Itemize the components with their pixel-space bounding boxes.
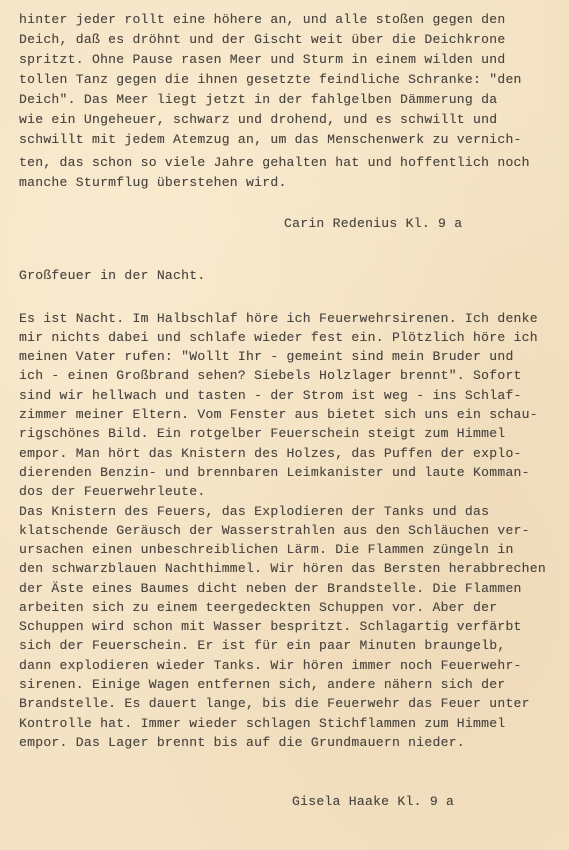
- text-line: sind wir hellwach und tasten - der Strom…: [19, 388, 522, 404]
- text-line: ten, das schon so viele Jahre gehalten h…: [19, 155, 530, 171]
- text-line: Brandstelle. Es dauert lange, bis die Fe…: [19, 696, 530, 712]
- text-line: arbeiten sich zu einem teergedeckten Sch…: [19, 600, 497, 616]
- text-line: Es ist Nacht. Im Halbschlaf höre ich Feu…: [19, 311, 538, 327]
- text-line: empor. Man hört das Knistern des Holzes,…: [19, 446, 522, 462]
- text-line: schwillt mit jedem Atemzug an, um das Me…: [19, 132, 522, 148]
- text-line: Das Knistern des Feuers, das Explodieren…: [19, 504, 489, 520]
- text-line: ich - einen Großbrand sehen? Siebels Hol…: [19, 368, 522, 384]
- text-line: tollen Tanz gegen die ihnen gesetzte fei…: [19, 72, 522, 88]
- text-line: sirenen. Einige Wagen entfernen sich, an…: [19, 677, 505, 693]
- text-line: Schuppen wird schon mit Wasser bespritzt…: [19, 619, 522, 635]
- text-line: dos der Feuerwehrleute.: [19, 484, 205, 500]
- essay-2-signature: Gisela Haake Kl. 9 a: [292, 794, 454, 810]
- text-line: dierenden Benzin- und brennbaren Leimkan…: [19, 465, 530, 481]
- text-line: rigschönes Bild. Ein rotgelber Feuersche…: [19, 426, 505, 442]
- text-line: der Äste eines Baumes dicht neben der Br…: [19, 581, 522, 597]
- text-line: manche Sturmflug überstehen wird.: [19, 175, 287, 191]
- text-line: mir nichts dabei und schlafe wieder fest…: [19, 330, 538, 346]
- text-line: den schwarzblauen Nachthimmel. Wir hören…: [19, 561, 546, 577]
- text-line: empor. Das Lager brennt bis auf die Grun…: [19, 735, 465, 751]
- text-line: klatschende Geräusch der Wasserstrahlen …: [19, 523, 530, 539]
- typewritten-page: hinter jeder rollt eine höhere an, und a…: [0, 0, 569, 850]
- text-line: Deich, daß es dröhnt und der Gischt weit…: [19, 32, 505, 48]
- essay-1-signature: Carin Redenius Kl. 9 a: [284, 216, 462, 232]
- text-line: zimmer meiner Eltern. Vom Fenster aus bi…: [19, 407, 538, 423]
- text-line: sich der Feuerschein. Er ist für ein paa…: [19, 638, 505, 654]
- text-line: Deich". Das Meer liegt jetzt in der fahl…: [19, 92, 497, 108]
- essay-2-title: Großfeuer in der Nacht.: [19, 268, 205, 284]
- text-line: wie ein Ungeheuer, schwarz und drohend, …: [19, 112, 497, 128]
- text-line: meinen Vater rufen: "Wollt Ihr - gemeint…: [19, 349, 514, 365]
- text-line: spritzt. Ohne Pause rasen Meer und Sturm…: [19, 52, 505, 68]
- text-line: hinter jeder rollt eine höhere an, und a…: [19, 12, 505, 28]
- text-line: dann explodieren wieder Tanks. Wir hören…: [19, 658, 522, 674]
- text-line: Kontrolle hat. Immer wieder schlagen Sti…: [19, 716, 505, 732]
- text-line: ursachen einen unbeschreiblichen Lärm. D…: [19, 542, 514, 558]
